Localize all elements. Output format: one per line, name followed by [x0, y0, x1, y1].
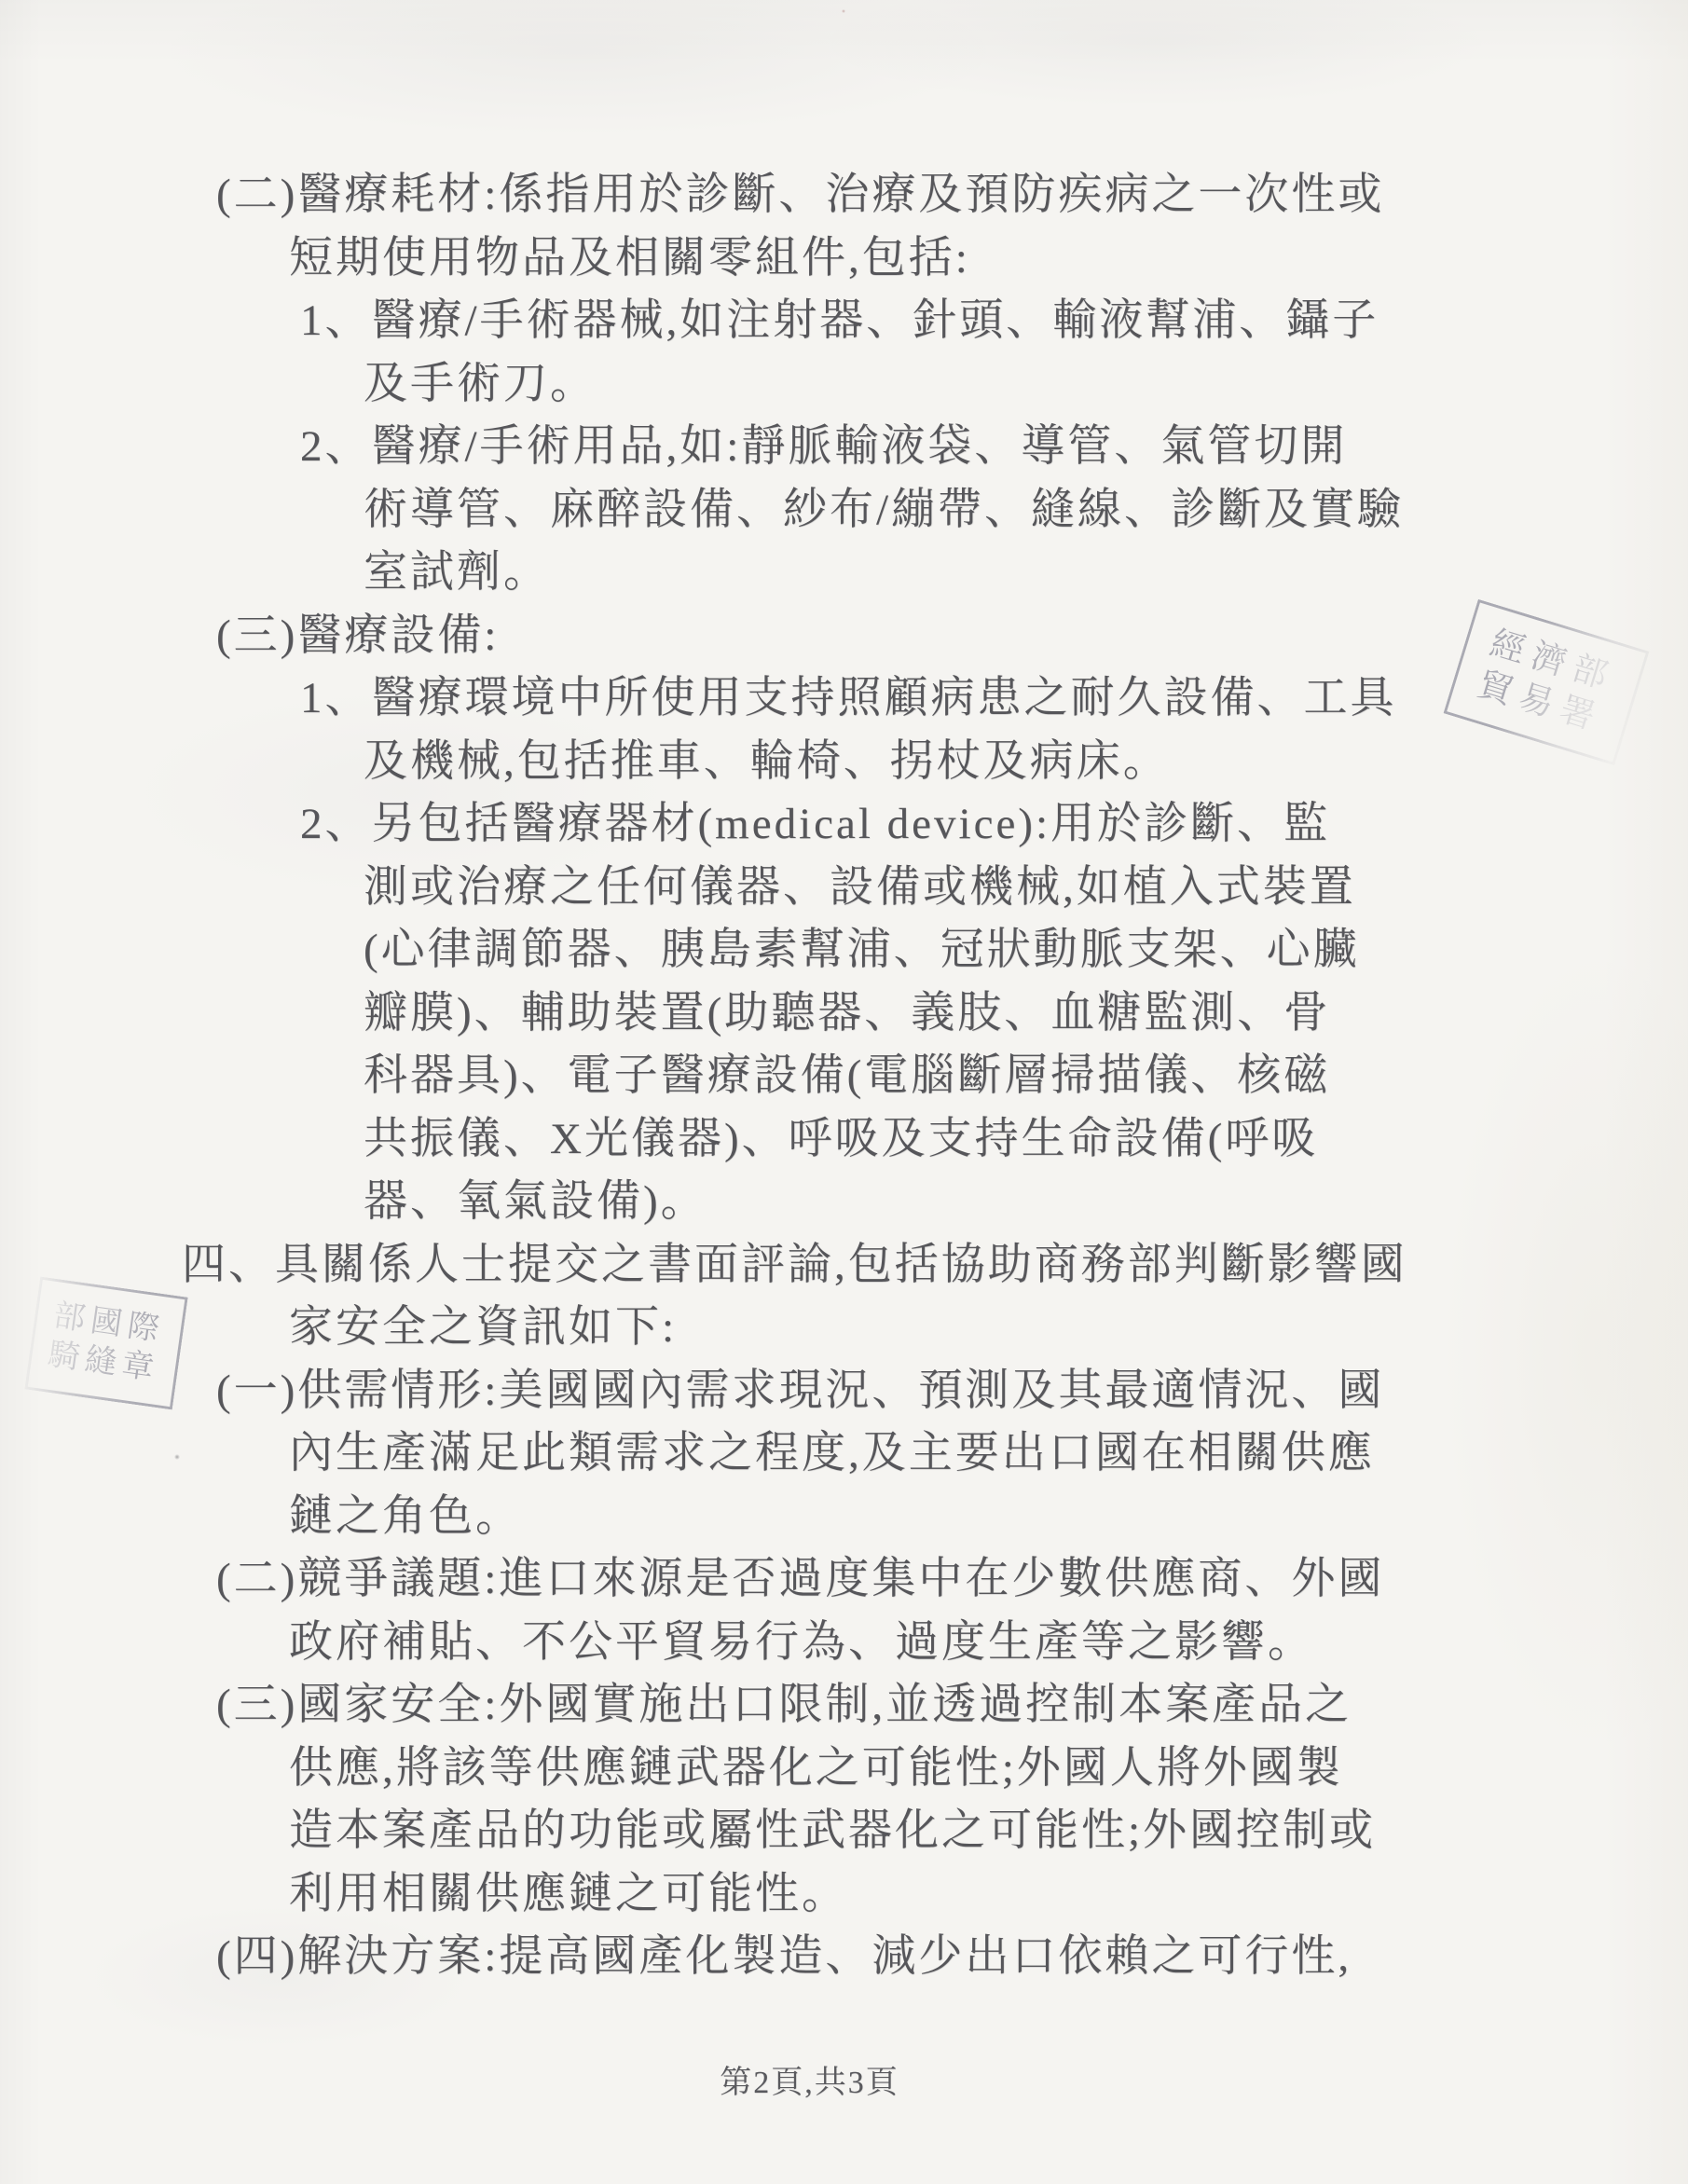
- text-line: 1、醫療/手術器械,如注射器、針頭、輸液幫浦、鑷子: [0, 290, 1688, 353]
- text-line: 政府補貼、不公平貿易行為、過度生產等之影響。: [0, 1612, 1688, 1675]
- text-line: (三)醫療設備:: [0, 605, 1688, 668]
- text-line: 瓣膜)、輔助裝置(助聽器、義肢、血糖監測、骨: [0, 982, 1688, 1046]
- text-line: 利用相關供應鏈之可能性。: [0, 1863, 1688, 1927]
- text-line: 術導管、麻醉設備、紗布/繃帶、縫線、診斷及實驗: [0, 479, 1688, 543]
- document-body: (二)醫療耗材:係指用於診斷、治療及預防疾病之一次性或短期使用物品及相關零組件,…: [0, 164, 1688, 1989]
- text-line: 室試劑。: [0, 542, 1688, 605]
- text-line: (二)醫療耗材:係指用於診斷、治療及預防疾病之一次性或: [0, 164, 1688, 227]
- text-line: 短期使用物品及相關零組件,包括:: [0, 227, 1688, 291]
- text-line: (二)競爭議題:進口來源是否過度集中在少數供應商、外國: [0, 1548, 1688, 1612]
- scanned-document-page: (二)醫療耗材:係指用於診斷、治療及預防疾病之一次性或短期使用物品及相關零組件,…: [0, 0, 1688, 2184]
- text-line: (心律調節器、胰島素幫浦、冠狀動脈支架、心臟: [0, 919, 1688, 982]
- text-line: 及機械,包括推車、輪椅、拐杖及病床。: [0, 731, 1688, 794]
- text-line: 1、醫療環境中所使用支持照顧病患之耐久設備、工具: [0, 667, 1688, 731]
- text-line: 2、醫療/手術用品,如:靜脈輸液袋、導管、氣管切開: [0, 416, 1688, 479]
- paging-seal-stamp: 部國際 騎縫章: [24, 1276, 187, 1409]
- text-line: 測或治療之任何儀器、設備或機械,如植入式裝置: [0, 857, 1688, 920]
- text-line: 造本案產品的功能或屬性武器化之可能性;外國控制或: [0, 1800, 1688, 1863]
- text-line: 供應,將該等供應鏈武器化之可能性;外國人將外國製: [0, 1738, 1688, 1801]
- text-line: (四)解決方案:提高國產化製造、減少出口依賴之可行性,: [0, 1926, 1688, 1989]
- text-line: 共振儀、X光儀器)、呼吸及支持生命設備(呼吸: [0, 1108, 1688, 1172]
- text-line: 科器具)、電子醫療設備(電腦斷層掃描儀、核磁: [0, 1045, 1688, 1108]
- text-line: 及手術刀。: [0, 353, 1688, 417]
- text-line: 家安全之資訊如下:: [0, 1297, 1688, 1360]
- text-line: 鏈之角色。: [0, 1486, 1688, 1549]
- page-number: 第2頁,共3頁: [0, 2056, 1654, 2102]
- text-line: (三)國家安全:外國實施出口限制,並透過控制本案產品之: [0, 1674, 1688, 1738]
- text-line: 2、另包括醫療器材(medical device):用於診斷、監: [0, 793, 1688, 857]
- text-line: (一)供需情形:美國國內需求現況、預測及其最適情況、國: [0, 1360, 1688, 1423]
- text-line: 四、具關係人士提交之書面評論,包括協助商務部判斷影響國: [0, 1234, 1688, 1298]
- text-line: 器、氧氣設備)。: [0, 1171, 1688, 1234]
- text-line: 內生產滿足此類需求之程度,及主要出口國在相關供應: [0, 1422, 1688, 1486]
